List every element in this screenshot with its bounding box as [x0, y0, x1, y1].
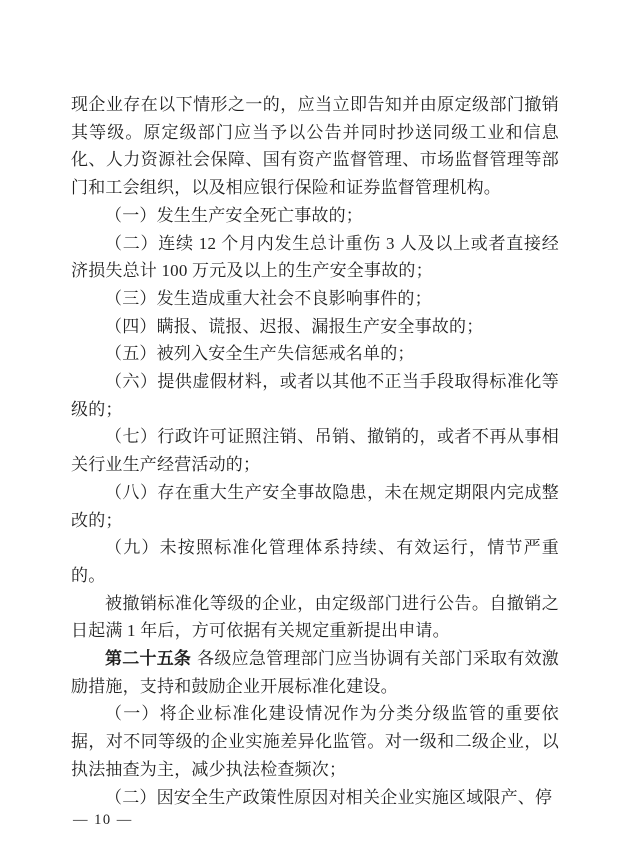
revocation-item-6: （六）提供虚假材料，或者以其他不正当手段取得标准化等级的；	[71, 368, 559, 423]
revocation-item-1: （一）发生生产安全死亡事故的；	[71, 202, 559, 230]
article-25-item-1: （一）将企业标准化建设情况作为分类分级监管的重要依据，对不同等级的企业实施差异化…	[71, 700, 559, 783]
revocation-item-9: （九）未按照标准化管理体系持续、有效运行，情节严重的。	[71, 534, 559, 589]
paragraph-reapplication-rule: 被撤销标准化等级的企业，由定级部门进行公告。自撤销之日起满 1 年后，方可依据有…	[71, 590, 559, 645]
revocation-item-8: （八）存在重大生产安全事故隐患，未在规定期限内完成整改的；	[71, 479, 559, 534]
revocation-item-5: （五）被列入安全生产失信惩戒名单的；	[71, 340, 559, 368]
paragraph-continuation: 现企业存在以下情形之一的，应当立即告知并由原定级部门撤销其等级。原定级部门应当予…	[71, 91, 559, 202]
article-25-item-2: （二）因安全生产政策性原因对相关企业实施区域限产、停	[71, 784, 559, 812]
paragraph-article-25: 第二十五条各级应急管理部门应当协调有关部门采取有效激励措施，支持和鼓励企业开展标…	[71, 645, 559, 700]
document-page: 现企业存在以下情形之一的，应当立即告知并由原定级部门撤销其等级。原定级部门应当予…	[0, 0, 631, 863]
revocation-item-3: （三）发生造成重大社会不良影响事件的；	[71, 285, 559, 313]
revocation-item-2: （二）连续 12 个月内发生总计重伤 3 人及以上或者直接经济损失总计 100 …	[71, 230, 559, 285]
document-body: 现企业存在以下情形之一的，应当立即告知并由原定级部门撤销其等级。原定级部门应当予…	[71, 91, 559, 811]
revocation-item-4: （四）瞒报、谎报、迟报、漏报生产安全事故的；	[71, 313, 559, 341]
page-number: — 10 —	[73, 812, 133, 829]
article-25-number: 第二十五条	[105, 649, 191, 668]
revocation-item-7: （七）行政许可证照注销、吊销、撤销的，或者不再从事相关行业生产经营活动的；	[71, 423, 559, 478]
